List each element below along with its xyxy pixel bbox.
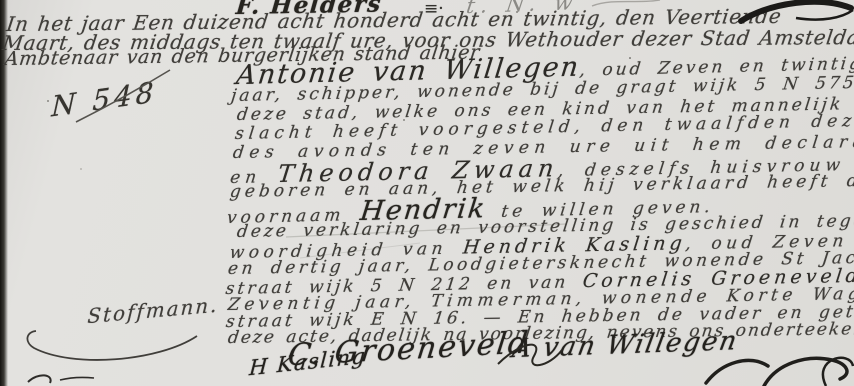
cut-signature-flourish <box>706 360 768 383</box>
signature-van-willegen: A van Willegen <box>510 328 740 363</box>
ink-speck <box>80 168 82 170</box>
document-scan: F. Helders ≡· t. N. w In het jaar Een du… <box>0 0 854 386</box>
next-record-fragment <box>28 375 51 383</box>
cut-signature-flourish <box>823 358 853 386</box>
record-number: N 548 <box>51 77 158 122</box>
ink-speck <box>259 299 261 301</box>
margin-name-flourish <box>27 331 197 360</box>
corner-flourish-tail <box>796 10 853 20</box>
ink-speck <box>629 57 631 59</box>
ink-speck <box>403 119 405 121</box>
ink-speck <box>516 11 518 13</box>
cut-signature-flourish <box>764 358 847 386</box>
signature-kasling: H Kasling <box>248 345 367 380</box>
next-record-fragment <box>60 377 94 380</box>
ink-speck <box>47 100 49 102</box>
ink-speck <box>133 38 135 40</box>
margin-registrar-name: Stoffmann. <box>87 295 219 328</box>
